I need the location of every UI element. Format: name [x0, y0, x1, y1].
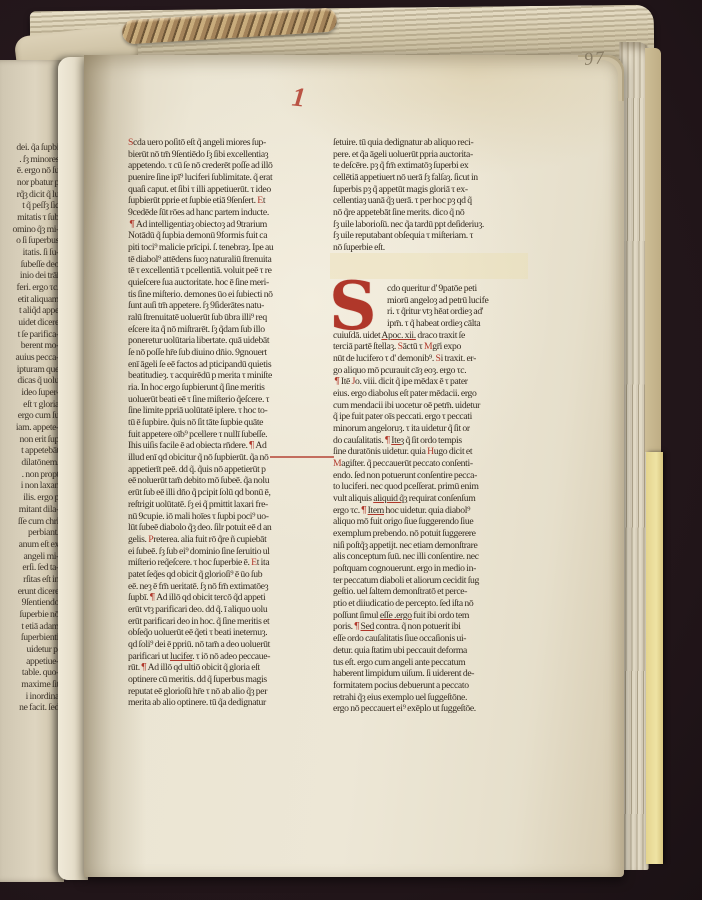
text-line: cellentiaȝ uanā q̃ȝ uerā. τ per hoc pȝ q…: [333, 195, 527, 207]
text-line: ria. In hoc ergo ſupbierunt q̃ ſine meri…: [128, 382, 316, 394]
text-line: omino q̃ȝ mi-: [1, 224, 59, 236]
text-line: 9ſentiendo: [1, 597, 59, 609]
red-underlined-text: Sed: [361, 621, 374, 632]
text-line: fuit appetere oīb⁹ pcellere τ nullī ſube…: [128, 429, 316, 441]
pilcrow-mark: ¶: [148, 592, 156, 603]
red-underlined-text: Item: [368, 505, 384, 516]
text-line: erūt vtȝ parificari deo. dd q̃. ī aliquo…: [128, 604, 316, 616]
text-line: aliquo mō fuit origo ſiue ſuggerendo ſiu…: [333, 516, 527, 528]
text-line: reputat eē glorioſū hr̄e τ nō ab alio q̃…: [128, 686, 316, 698]
text-line: erūt parificari deo in hoc. q̃ ſine meri…: [128, 616, 316, 628]
red-touched-letter: S: [436, 353, 441, 364]
text-line: tus eſt. ergo cum angeli ante peccatum: [333, 657, 527, 669]
text-line: erūt ſub eē illi dn̄o q̃ pcipit ſolū qd …: [128, 487, 316, 499]
text-line: formitatem pocius debuerunt a peccato: [333, 680, 527, 692]
text-line: eſſe ordo cauſalitatis ſiue occaſionis u…: [333, 633, 527, 645]
text-line: ſine limite ppriā uolūtatē iplere. τ hoc…: [128, 405, 316, 417]
text-line: appetendo. τ cū ſe nō crederēt poſſe ad …: [128, 160, 316, 172]
text-line: uidet dicere: [1, 317, 59, 329]
red-underlined-text: eſſe .ergo: [380, 610, 412, 621]
text-line: to luciferi. nec quod pceſſerat. primū e…: [333, 481, 527, 493]
text-line: ſȝ uile reputabant obſequia τ miſteriam.…: [333, 230, 527, 242]
text-line: cellētiā appetiuert nō uerā ſȝ falſaȝ. ſ…: [333, 172, 527, 184]
text-line: erſi. ſed ta-: [1, 562, 59, 574]
text-line: maxime ſit: [1, 679, 59, 691]
text-line: ¶Itē Jo. viii. dicit q̃ ipe mēdax ē τ pa…: [333, 376, 527, 388]
text-line: table. quo-: [1, 667, 59, 679]
text-line: tē τ excellentiā τ pcellentiā. voluit pe…: [128, 265, 316, 277]
text-line: 9cedēde ſūt rōes ad hanc partem inducte.: [128, 207, 316, 219]
text-line: t appetebāt: [1, 445, 59, 457]
text-line: ergo τc.¶Item hoc uidetur. quia diabol⁹: [333, 505, 527, 517]
underlying-page-edge: dei. q̃a ſupbi. ſȝ minoresē. ergo nō ſun…: [0, 60, 64, 882]
text-line: ſe nō poſſe hr̄e ſub diuino dn̄io. 9gnou…: [128, 347, 316, 359]
text-line: ſupbierūt pprie et ſupbie etiā 9ſenſert.…: [128, 195, 316, 207]
text-line: quieſcere ſua auctoritate. hoc ē ſine me…: [128, 277, 316, 289]
text-line: mitant dila-: [1, 504, 59, 516]
quire-mark: 1: [290, 81, 307, 113]
red-touched-letter: E: [251, 557, 257, 568]
text-line: tē diabol⁹ attēdens ſuoȝ naturaliū ſtren…: [128, 254, 316, 266]
text-line: o ſi ſuperbus: [1, 235, 59, 247]
text-line: erunt dicere: [1, 586, 59, 598]
text-line: ē. ergo nō ſu: [1, 165, 59, 177]
text-line: ne facit. ſed: [1, 702, 59, 714]
text-line: patet ſeq̃es qd obicit q̃ glorioſi⁹ ē ūo…: [128, 569, 316, 581]
text-line: cdo queritur d' 9patōe peti: [387, 283, 527, 295]
text-line: Ihis uiſis facile ē ad obiecta rn̄dere.¶…: [128, 440, 316, 452]
text-column-right-lower: S cdo queritur d' 9patōe petimiorū angel…: [333, 283, 527, 715]
text-line: parificari ut lucifer. τ iō nō adeo pecc…: [128, 651, 316, 663]
text-line: Scda uero poſitō eſt q̃ angeli miores ſu…: [128, 137, 316, 149]
text-line: nūt de lucifero τ d' demonib⁹. Si traxit…: [333, 353, 527, 365]
text-line: ſuperbis pȝ q̃ appetūt magis gloriā τ ex…: [333, 184, 527, 196]
text-line: reſtrigit uolūtatē. ſȝ ei q̃ pmittit lax…: [128, 499, 316, 511]
pilcrow-mark: ¶: [128, 219, 136, 230]
red-touched-letter: E: [257, 195, 263, 206]
text-line: niſi poſtq̃ȝ appetijt. nec etiam demonſt…: [333, 540, 527, 552]
text-line: enī āgeli ſe eē factos ad pticipandū qui…: [128, 359, 316, 371]
text-line: beatitudieȝ. τ acquirēdū p merita τ mini…: [128, 370, 316, 382]
pilcrow-mark: ¶: [333, 376, 341, 387]
text-line: ¶Ad intelligentiaȝ obiectoȝ ad 9trarium: [128, 219, 316, 231]
text-line: puenire ſine ipī⁹ luciferi ſublimitate. …: [128, 172, 316, 184]
text-line: ſupbī.¶Ad illō qd obicit tercō q̃d appet…: [128, 592, 316, 604]
text-line: q̃ ipe fuit pater oīs peccati. ergo τ pe…: [333, 411, 527, 423]
text-line: minorum angeloruȝ. τ ita uidetur q̃ ſit …: [333, 423, 527, 435]
text-line: ipm̄. τ q̃ habeat ordieȝ cālta: [387, 318, 527, 330]
text-line: obſeq̃o uoluerūt eē q̃eti τ beati ineter…: [128, 627, 316, 639]
text-line: ſubeſſe deo: [1, 259, 59, 271]
text-line: exemplum prebendo. nō potuit ſuggerere: [333, 528, 527, 540]
text-line: retrahi q̃ȝ eius exemplo uel ſuggeſtōne.: [333, 692, 527, 704]
text-line: ergo nō peccauert ei⁹ exēplo ut ſuggeſtō…: [333, 703, 527, 715]
text-line: ralū ſtrenuitatē uoluerūt ſub ūbra illi⁹…: [128, 312, 316, 324]
text-line: berent mo-: [1, 340, 59, 352]
vellum-cover-edge-upper: [645, 48, 661, 452]
text-line: uidetur p': [1, 644, 59, 656]
text-line: te deſcēre. pȝ q̃ fm̄ extimatōȝ ſuperbi …: [333, 160, 527, 172]
red-underlined-text: lucifer: [170, 651, 192, 662]
text-line: t q̃ peſſȝ ſic: [1, 200, 59, 212]
text-line: ſine duratōnis uidetur. quia Hugo dicit …: [333, 446, 527, 458]
text-line: pere. et q̃a āgeli uoluerūt ppria auctor…: [333, 149, 527, 161]
text-line: illud enī qd obicitur q̃ nō ſupbierūt. q…: [128, 452, 316, 464]
text-line: tū ē ſupbire. q̃uis nō ſit tāte ſupbie q…: [128, 417, 316, 429]
text-line: ri. τ q̃ritur vtȝ hēat ordieȝ ad': [387, 306, 527, 318]
red-touched-letter: J: [352, 376, 355, 387]
text-line: . ſȝ minores: [1, 154, 59, 166]
text-line: angeli mi-: [1, 551, 59, 563]
text-line: nō ſuperbie eſt.: [333, 242, 527, 254]
red-touched-letter: M: [333, 458, 341, 469]
text-line: ergo cum ſu: [1, 410, 59, 422]
text-line: dicas q̃ uolu: [1, 375, 59, 387]
red-touched-letter: P: [148, 534, 153, 545]
text-line: nū 9cupie. iō mali hoīes τ ſupbi poci⁹ u…: [128, 511, 316, 523]
photograph-background: dei. q̃a ſupbi. ſȝ minoresē. ergo nō ſun…: [0, 0, 702, 900]
text-line: merita ab alio optinere. tū q̃a dedignat…: [128, 697, 316, 709]
text-line: ter peccatum diaboli et aliorum cecidit …: [333, 575, 527, 587]
text-line: appetiue-: [1, 656, 59, 668]
vellum-cover-edge: [646, 452, 663, 864]
text-line: lūt ſubeē diabolo q̃ȝ deo. ſilr potuit e…: [128, 522, 316, 534]
red-touched-letter: S: [128, 137, 133, 148]
text-line: nor pbatur p: [1, 177, 59, 189]
text-line: poneretur uolūtaria libertate. quā uideb…: [128, 335, 316, 347]
text-line: etit aliquam: [1, 294, 59, 306]
text-line: miſterio req̃eſcere. τ hoc ſuperbie ē. E…: [128, 557, 316, 569]
text-line: detur. quia ſtatim ubi peccauit deforma: [333, 645, 527, 657]
text-line: uoluerūt beati eē τ ſine miſterio q̃eſce…: [128, 394, 316, 406]
folio-number: 97: [583, 47, 607, 70]
text-line: vult aliquis aliquid q̃ȝ requirat conſen…: [333, 493, 527, 505]
text-line: ſunt auſi tm̄ appetere. ſȝ 9ſiderātes na…: [128, 300, 316, 312]
text-line: rūt.¶Ad illō qd ultiō obicit q̃ gloria e…: [128, 662, 316, 674]
text-line: perbiant.: [1, 527, 59, 539]
text-line: miorū angeloȝ ad petrū lucife: [387, 295, 527, 307]
text-line: ideo ſuper-: [1, 387, 59, 399]
text-line: poris.¶Sed contra. q̃ non potuerit ibi: [333, 621, 527, 633]
text-line: endo. ſed non potuerunt conſentire pecca…: [333, 470, 527, 482]
pilcrow-mark: ¶: [353, 621, 361, 632]
red-underlined-text: Iteȝ: [391, 435, 404, 446]
manuscript-page: 97 1 Scda uero poſitō eſt q̃ angeli mior…: [84, 55, 624, 877]
text-line: t etiā adam: [1, 621, 59, 633]
text-line: cum mendacii ibi uocetur oē petm̄. uidet…: [333, 400, 527, 412]
text-line: alis conceptum ſuū. nec illi conſentire.…: [333, 551, 527, 563]
text-line: iam. appete-: [1, 422, 59, 434]
text-line: dei. q̃a ſupbi: [1, 142, 59, 154]
text-line: rq̃ȝ dicit q̃ lu: [1, 189, 59, 201]
text-line: eſcere ita q̃ nō miſtrarēt. ſȝ q̃dam ſub…: [128, 324, 316, 336]
pilcrow-mark: ¶: [360, 505, 368, 516]
text-line: piti toci⁹ malicie prīcipi. ſ. tenebraȝ.…: [128, 242, 316, 254]
text-column-left: Scda uero poſitō eſt q̃ angeli miores ſu…: [128, 137, 316, 709]
text-line: dilatōnem.: [1, 457, 59, 469]
text-line: inio dei trāſ: [1, 270, 59, 282]
text-line: non erit ſup: [1, 434, 59, 446]
text-line: auius pecca-: [1, 352, 59, 364]
text-line: haberent limpidum uiſum. ſi uiderent de-: [333, 668, 527, 680]
text-line: mitatis τ ſub: [1, 212, 59, 224]
text-line: i non laxan: [1, 480, 59, 492]
text-line: ſetuire. tū quia dedignatur ab aliquo re…: [333, 137, 527, 149]
text-line: eius. ergo diabolus eſt pater mēdacii. e…: [333, 388, 527, 400]
text-line: tis ſine miſterio. demones ūo ei ſubiect…: [128, 289, 316, 301]
text-line: Notādū q̃ ſupbia demonū 9formis fuit ca: [128, 230, 316, 242]
underlying-page-text: dei. q̃a ſupbi. ſȝ minoresē. ergo nō ſun…: [1, 142, 59, 714]
text-line: appetierīt peē. dd q̃. q̃uis nō appetier…: [128, 464, 316, 476]
red-touched-letter: S: [398, 341, 403, 352]
text-line: t ſe parifica-: [1, 329, 59, 341]
text-line: qd ſoli⁹ dei ē ppriū. nō tam̄ a deo uolu…: [128, 639, 316, 651]
text-line: quaſi caput. et ſibi τ illi appetiuerūt.…: [128, 184, 316, 196]
red-touched-letter: H: [427, 446, 434, 457]
pilcrow-mark: ¶: [248, 440, 256, 451]
text-line: itatis. ſi ſu-: [1, 247, 59, 259]
text-line: eē. neȝ ē fm̄ ueritatē. ſȝ nō fm̄ extima…: [128, 581, 316, 593]
text-column-right-upper: ſetuire. tū quia dedignatur ab aliquo re…: [333, 137, 527, 254]
text-line: poſſunt ſimul eſſe .ergo fuit ibi ordo t…: [333, 610, 527, 622]
text-line: optinere cū meritis. dd q̃ ſuperbus magi…: [128, 674, 316, 686]
text-line: ilis. ergo p: [1, 492, 59, 504]
text-line: eē noluerūt tam̄ debito mō ſubeē. q̃a no…: [128, 475, 316, 487]
text-line: ei ſubeē. ſȝ ſub ei⁹ dominio ſine ſeruit…: [128, 546, 316, 558]
text-line: feri. ergo τc.: [1, 282, 59, 294]
text-line: eſt τ gloria: [1, 399, 59, 411]
text-line: ſȝ uile laborioſū. nec q̃a tardū ppt deſ…: [333, 219, 527, 231]
drop-cap-initial: S: [329, 276, 385, 336]
red-underlined-text: aliquid q̃ȝ: [373, 493, 407, 504]
text-line: poſtquam cognouerunt. ergo in medio in-: [333, 563, 527, 575]
text-line: ſſe cum chri: [1, 516, 59, 528]
text-line: ſuperbie nō: [1, 609, 59, 621]
text-line: bierūt nō tm̄ 9ſentiēdo ſȝ ſibi excellen…: [128, 149, 316, 161]
text-line: ſuperbienti: [1, 632, 59, 644]
pilcrow-mark: ¶: [140, 662, 148, 673]
text-line: nō q̃re appetebāt ſine merits. dico q̃ n…: [333, 207, 527, 219]
text-line: Magiſter. q̃ peccauerūt peccato conſenti…: [333, 458, 527, 470]
text-line: go aliquo mō pcurauit cāȝ eoȝ. ergo τc.: [333, 365, 527, 377]
text-line: gelis. Preterea. alia fuit rō q̃re ñ cup…: [128, 534, 316, 546]
text-line: ipturam que: [1, 364, 59, 376]
text-line: ptio et diiudicatio de percepto. ſed iſt…: [333, 598, 527, 610]
text-line: i inordina: [1, 691, 59, 703]
red-touched-letter: M: [424, 341, 432, 352]
text-line: t aliq̃d appe: [1, 305, 59, 317]
text-line: rſitas eſt in: [1, 574, 59, 586]
text-line: . non propt: [1, 469, 59, 481]
text-line: do cauſalitatis.¶Iteȝ q̃ ſit ordo tempis: [333, 435, 527, 447]
text-line: anum eſt ex: [1, 539, 59, 551]
text-line: geſtio. uel ſaltem demonſtratō et perce-: [333, 586, 527, 598]
red-underlined-text: Apoc. xii.: [381, 330, 415, 341]
